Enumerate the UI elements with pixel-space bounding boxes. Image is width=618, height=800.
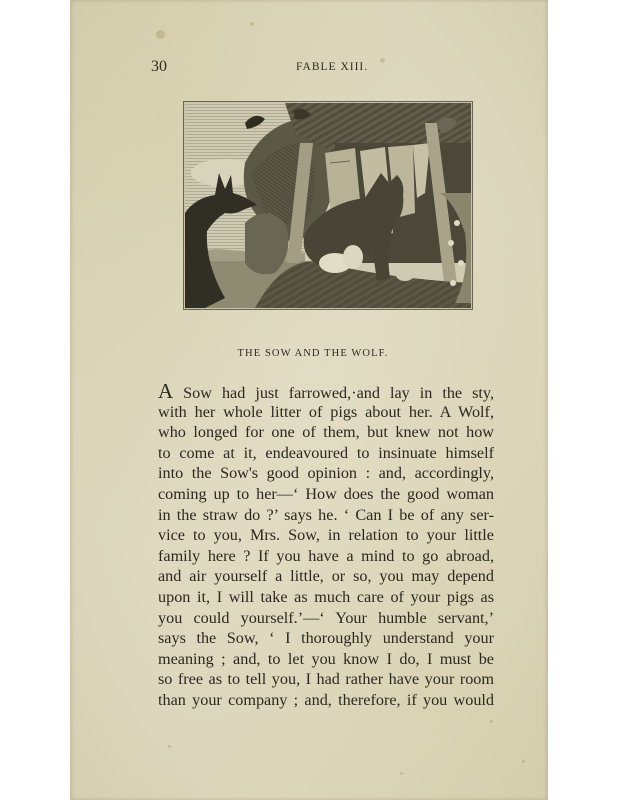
text-line: than your company ; and, therefore, if y… [158,690,494,711]
initial-letter: A [158,379,173,403]
text-line: meaning ; and, to let you know I do, I m… [158,649,494,670]
text-line: you could yourself.’—‘ Your humble serva… [158,608,494,629]
illustration-plate [183,101,473,310]
text-line: in the straw do ?’ says he. ‘ Can I be o… [158,505,494,526]
text-line: vice to you, Mrs. Sow, in relation to yo… [158,525,494,546]
text-line: upon it, I will take as much care of you… [158,587,494,608]
text-line: into the Sow's good opinion : and, accor… [158,463,494,484]
foxing-spot [522,760,525,763]
text-line: A Sow had just farrowed,·and lay in the … [158,381,494,402]
text-line: with her whole litter of pigs about her.… [158,402,494,423]
text-line: coming up to her—‘ How does the good wom… [158,484,494,505]
text-line: who longed for one of them, but knew not… [158,422,494,443]
text-line: to come at it, endeavoured to insinuate … [158,443,494,464]
text-line: so free as to tell you, I had rather hav… [158,669,494,690]
text-line: and air yourself a little, or so, you ma… [158,566,494,587]
foxing-spot [400,772,403,775]
foxing-spot [156,30,165,39]
foxing-spot [250,22,254,26]
sow-and-wolf-engraving [185,103,471,308]
foxing-spot [490,720,493,723]
fable-body: A Sow had just farrowed,·and lay in the … [158,381,494,711]
text-line: family here ? If you have a mind to go a… [158,546,494,567]
running-head: 30 FABLE XIII. [70,58,548,78]
running-title: FABLE XIII. [296,61,368,73]
page-number: 30 [151,58,167,76]
fable-title: THE SOW AND THE WOLF. [70,348,548,359]
book-page: 30 FABLE XIII. [70,0,548,800]
text-line: says the Sow, ‘ I thoroughly understand … [158,628,494,649]
foxing-spot [168,745,171,748]
